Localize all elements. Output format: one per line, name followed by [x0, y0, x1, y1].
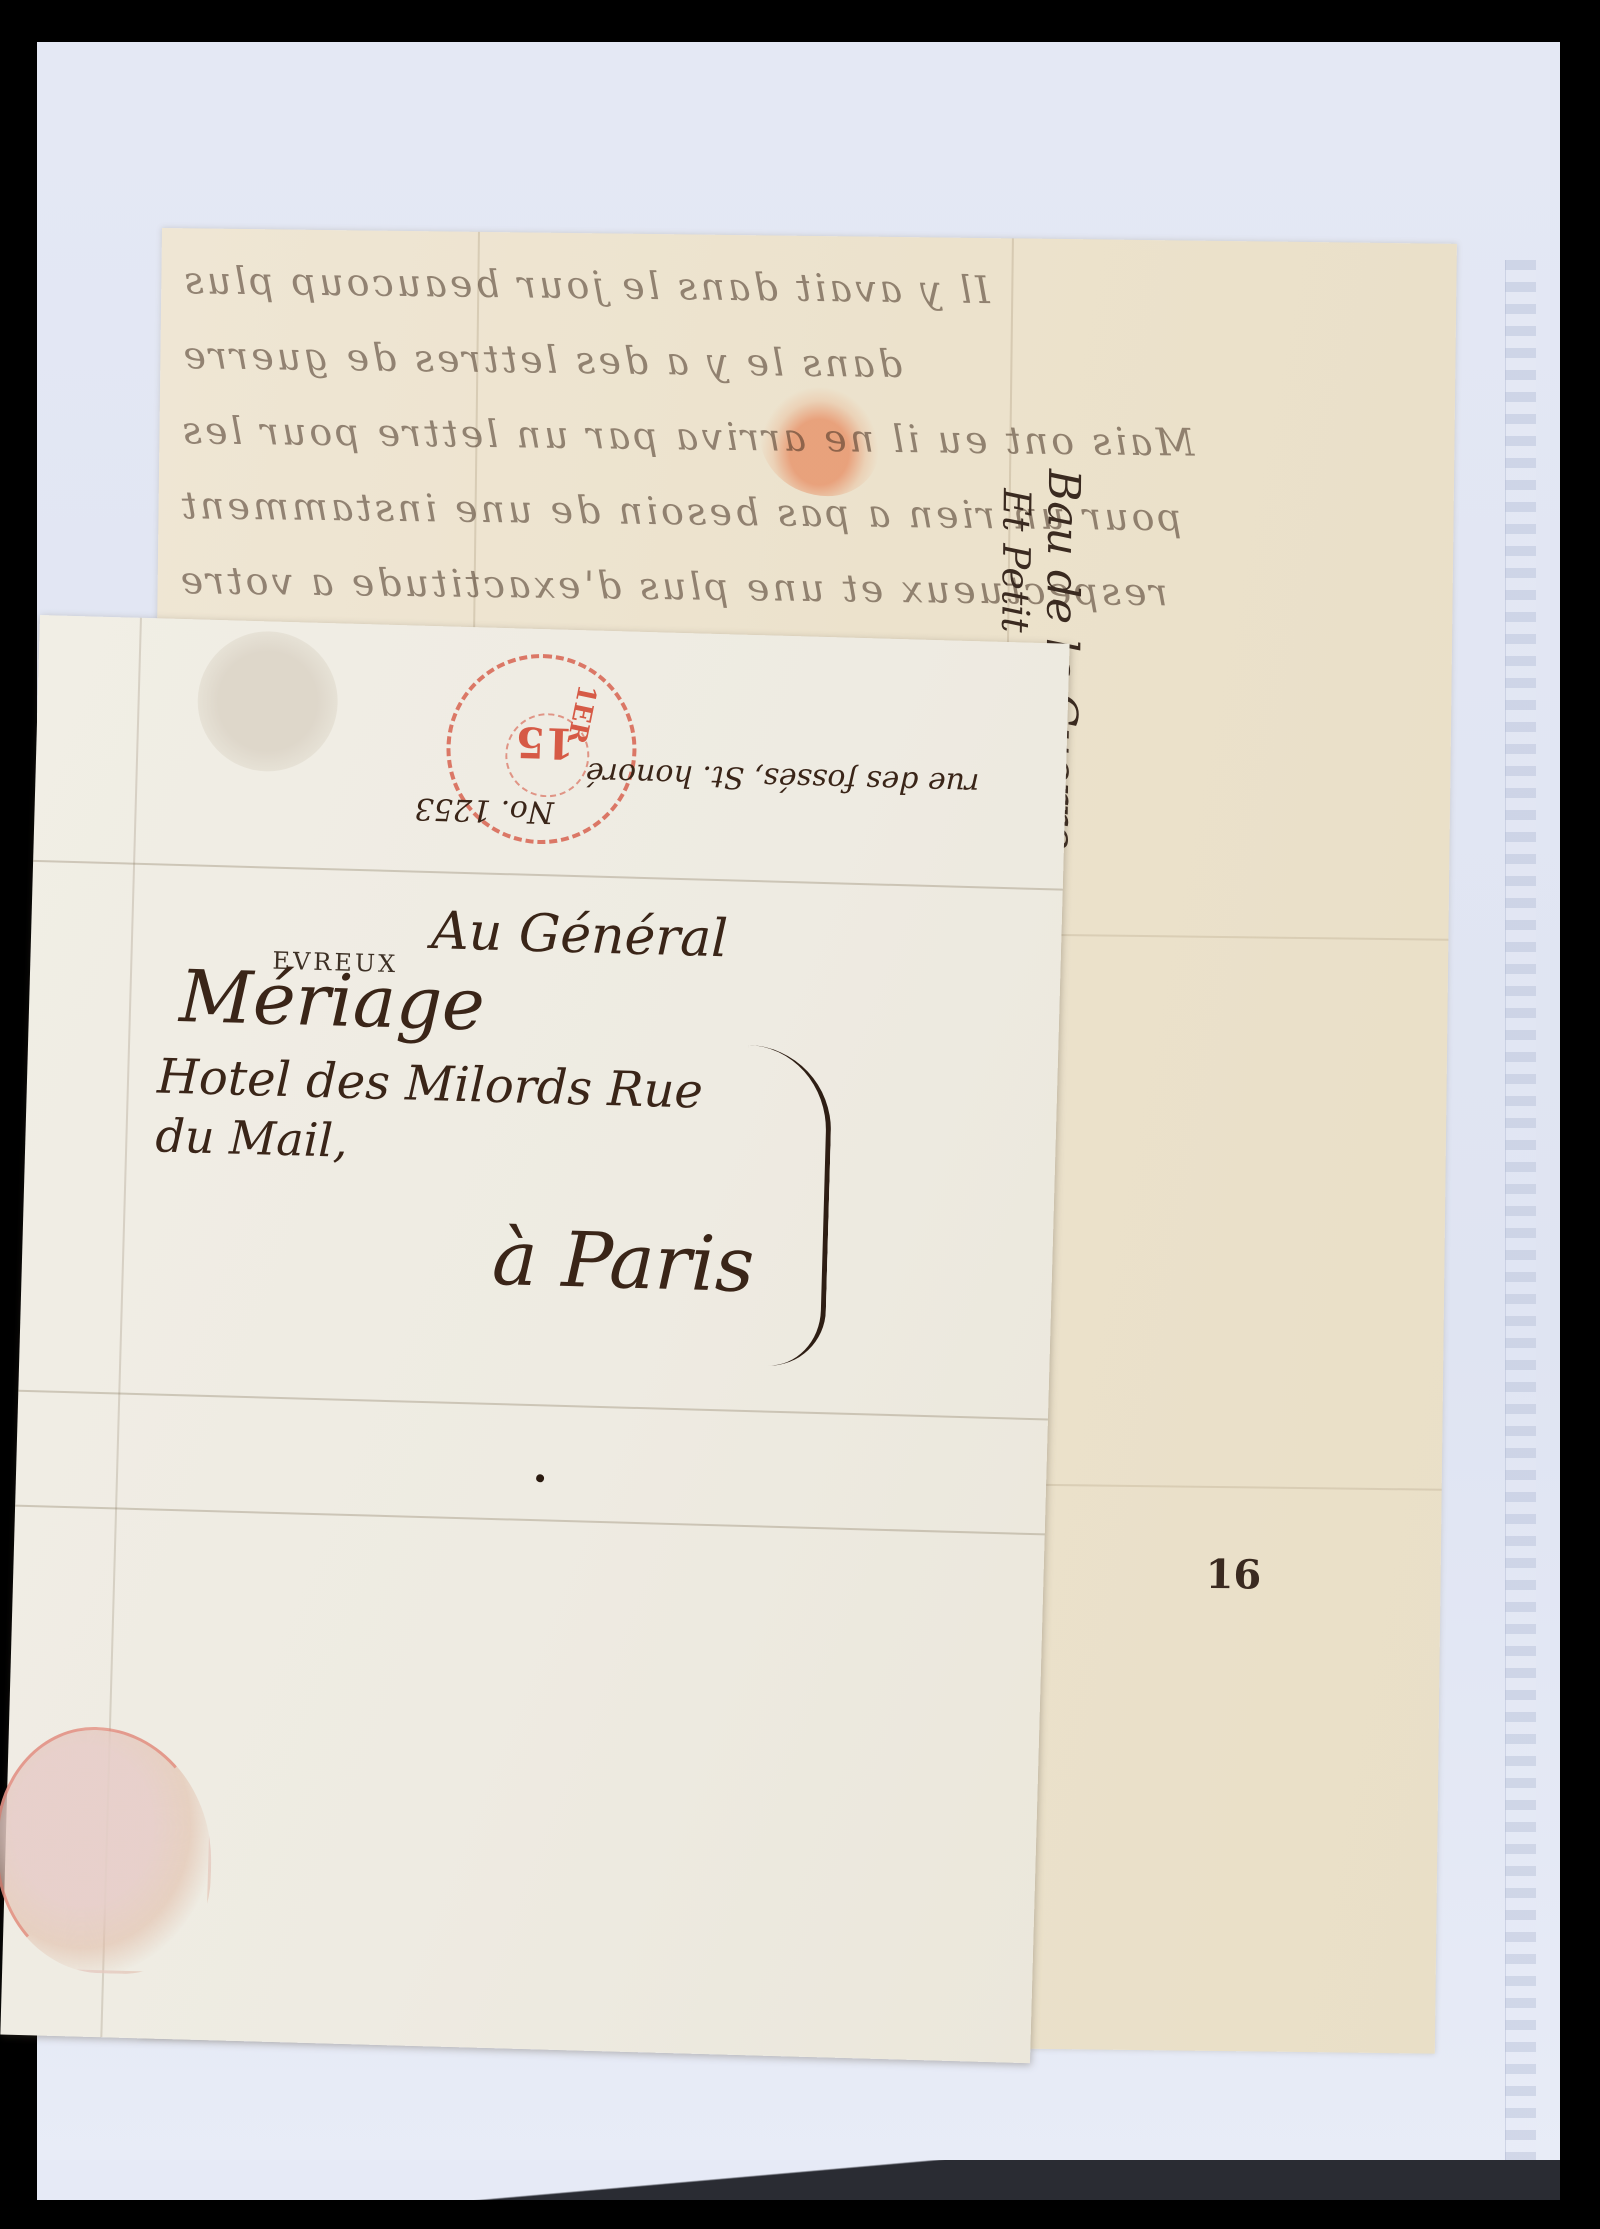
address-line-city: à Paris [491, 1213, 756, 1309]
postage-rate-mark [739, 1045, 833, 1367]
sleeve-perforation-strip [1505, 260, 1536, 2160]
address-line-hotel: Hotel des Milords Rue [156, 1048, 703, 1119]
upside-down-note: rue des fossés, St. honoré [585, 755, 979, 801]
fold-line [18, 1390, 1048, 1421]
back-side-mark: 16 [1205, 1551, 1261, 1599]
broken-red-wax-seal [0, 1724, 215, 1976]
sleeve-bottom-edge [37, 2160, 1560, 2200]
address-line-name: Mériage [178, 954, 486, 1046]
ink-dot [536, 1474, 544, 1482]
mirrored-handwriting-line: dans le y a des lettres de guerre [180, 333, 902, 386]
address-line-title: Au Général [430, 901, 728, 969]
fold-line [15, 1505, 1045, 1536]
wax-seal-impression [196, 629, 340, 773]
upside-down-note: No. 1253 [414, 791, 554, 830]
vertical-address-note-2: Et Petit [993, 488, 1039, 633]
fold-line [33, 860, 1063, 891]
datestamp-day: 15 [515, 717, 575, 768]
mirrored-handwriting-line: Il y avait dans le jour beaucoup plus [181, 258, 990, 312]
front-cover-letter: 1ER 15 rue des fossés, St. honoré No. 12… [0, 615, 1069, 2063]
photo-background: Il y avait dans le jour beaucoup plus da… [0, 0, 1600, 2229]
mirrored-handwriting-line: Mais ont eu il ne arriva par un lettre p… [179, 408, 1195, 464]
address-line-street: du Mail, [155, 1108, 349, 1167]
